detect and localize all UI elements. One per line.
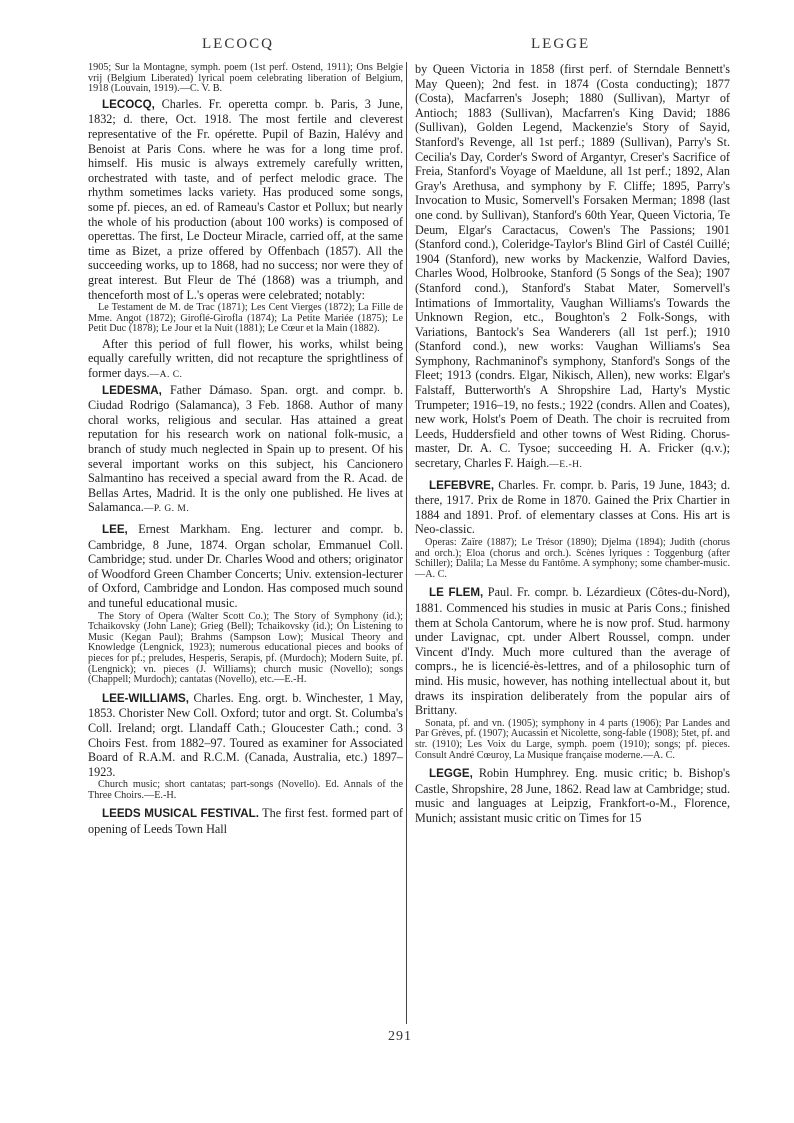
entry-body: Paul. Fr. compr. b. Lézardieux (Côtes-du…: [415, 585, 730, 717]
entry-headword: LEE,: [102, 523, 128, 536]
running-head-right: LEGGE: [531, 36, 590, 53]
entry-headword: LEEDS MUSICAL FESTIVAL.: [102, 807, 259, 820]
page-number: 291: [388, 1029, 412, 1045]
entry-body: Father Dámaso. Span. orgt. and compr. b.…: [88, 383, 403, 515]
entry-text: After this period of full flower, his wo…: [88, 337, 403, 380]
entry-lee-williams: LEE-WILLIAMS, Charles. Eng. orgt. b. Win…: [88, 691, 403, 780]
left-column: 1905; Sur la Montagne, symph. poem (1st …: [88, 62, 403, 837]
entry-body: Charles. Fr. operetta compr. b. Paris, 3…: [88, 97, 403, 302]
entry-lecocq-after: After this period of full flower, his wo…: [88, 337, 403, 383]
continued-works-list: 1905; Sur la Montagne, symph. poem (1st …: [88, 63, 403, 95]
running-head-left: LECOCQ: [202, 36, 274, 53]
entry-le-flem-works: Sonata, pf. and vn. (1905); symphony in …: [415, 719, 730, 761]
entry-leeds-festival: LEEDS MUSICAL FESTIVAL. The first fest. …: [88, 806, 403, 836]
entry-lecocq-works: Le Testament de M. de Trac (1871); Les C…: [88, 303, 403, 335]
entry-lefebvre: LEFEBVRE, Charles. Fr. compr. b. Paris, …: [415, 478, 730, 537]
author-signature: —P. G. M.: [144, 504, 189, 514]
entry-lee-williams-works: Church music; short cantatas; part-songs…: [88, 780, 403, 801]
entry-lee-works: The Story of Opera (Walter Scott Co.); T…: [88, 612, 403, 686]
entry-leeds-festival-continued: by Queen Victoria in 1858 (first perf. o…: [415, 62, 730, 473]
entry-body: Ernest Markham. Eng. lecturer and compr.…: [88, 522, 403, 610]
entry-lecocq: LECOCQ, Charles. Fr. operetta compr. b. …: [88, 97, 403, 302]
right-column: by Queen Victoria in 1858 (first perf. o…: [415, 62, 730, 825]
entry-headword: LEE-WILLIAMS,: [102, 692, 189, 705]
entry-le-flem: LE FLEM, Paul. Fr. compr. b. Lézardieux …: [415, 585, 730, 717]
entry-headword: LEDESMA,: [102, 384, 162, 397]
author-signature: —A. C.: [150, 370, 183, 380]
entry-lefebvre-works: Operas: Zaïre (1887); Le Trésor (1890); …: [415, 538, 730, 580]
entry-headword: LEFEBVRE,: [429, 479, 494, 492]
entry-headword: LECOCQ,: [102, 98, 155, 111]
entry-headword: LEGGE,: [429, 767, 473, 780]
entry-lee: LEE, Ernest Markham. Eng. lecturer and c…: [88, 522, 403, 611]
author-signature: —E.-H.: [549, 460, 582, 470]
entry-ledesma: LEDESMA, Father Dámaso. Span. orgt. and …: [88, 383, 403, 517]
entry-body: by Queen Victoria in 1858 (first perf. o…: [415, 62, 730, 470]
entry-legge: LEGGE, Robin Humphrey. Eng. music critic…: [415, 766, 730, 825]
entry-headword: LE FLEM,: [429, 586, 483, 599]
column-divider: [406, 62, 407, 1024]
